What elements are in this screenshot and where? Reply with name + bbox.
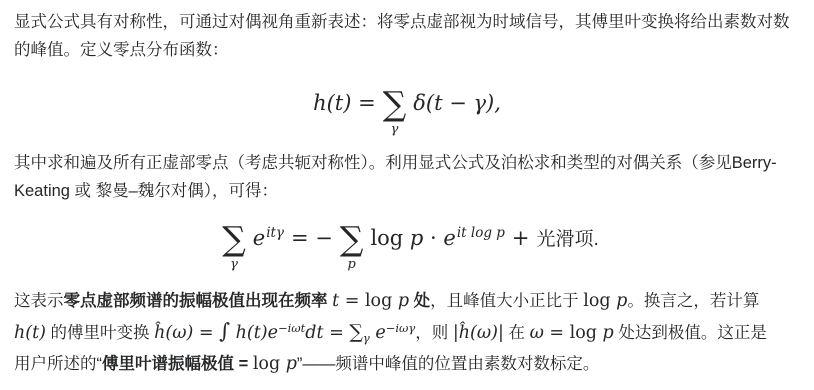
math-dt: dt xyxy=(305,323,323,343)
sum-subscript: γ xyxy=(391,123,399,136)
math-log: log xyxy=(570,323,603,343)
explanation-line2: Keating 或 黎曼–魏尔对偶），可得： xyxy=(14,182,278,200)
math-omega: ω xyxy=(530,323,544,343)
sum-operator: ∑γ xyxy=(383,87,407,136)
math-h-t: h(t) xyxy=(14,323,46,343)
sigma-icon: ∑ xyxy=(340,222,364,255)
sum-subscript: γ xyxy=(363,331,370,345)
paragraph-explanation: 其中求和遍及所有正虚部零点（考虑共轭对称性）。利用显式公式及泊松求和类型的对偶关… xyxy=(14,149,800,205)
math-relation: = − xyxy=(291,226,333,250)
sigma-icon: ∑ xyxy=(383,87,407,120)
sum-subscript: p xyxy=(347,258,355,271)
sum-operator-p: ∑p xyxy=(340,222,364,271)
intro-line1: 显式公式具有对称性，可通过对偶视角重新表述：将零点虚部视为时域信号，其傅里叶变换… xyxy=(14,13,790,31)
math-integrand: h(t)e xyxy=(230,323,278,343)
math-p: p xyxy=(286,354,297,374)
intro-line2: 的峰值。定义零点分布函数： xyxy=(14,41,229,59)
conclusion-text: 。换言之，若计算 xyxy=(627,292,759,310)
sum-operator-gamma: ∑γ xyxy=(222,222,246,271)
conclusion-bold: 零点虚部频谱的振幅极值出现在频率 xyxy=(64,292,333,310)
display-formula-duality: ∑γ eitγ = − ∑p log p · eit log p + 光滑项. xyxy=(14,217,800,266)
math-plus: + xyxy=(512,226,530,250)
math-p: p xyxy=(603,323,614,343)
math-exponent: −iωγ xyxy=(386,321,416,335)
math-e: e xyxy=(443,226,455,250)
document-body: 显式公式具有对称性，可通过对偶视角重新表述：将零点虚部视为时域信号，其傅里叶变换… xyxy=(14,8,800,379)
math-lhs: h(t) = xyxy=(313,91,376,115)
math-log: log xyxy=(370,226,409,250)
math-equals: = xyxy=(544,323,570,343)
math-p: p xyxy=(398,291,409,311)
math-log: log xyxy=(365,291,398,311)
math-exp-term: eitγ xyxy=(253,226,284,251)
math-rhs: δ(t − γ), xyxy=(413,91,501,115)
math-log: log xyxy=(253,354,286,374)
math-exponent: it log p xyxy=(457,225,505,241)
math-exponent: itγ xyxy=(266,225,284,241)
math-log: log xyxy=(583,291,616,311)
math-logp-term: log p · eit log p xyxy=(370,226,504,251)
math-e: e xyxy=(253,226,265,250)
paragraph-intro: 显式公式具有对称性，可通过对偶视角重新表述：将零点虚部视为时域信号，其傅里叶变换… xyxy=(14,8,800,64)
conclusion-text: ”——频谱中峰值的位置由素数对数标定。 xyxy=(297,355,600,373)
conclusion-text: 这表示 xyxy=(14,292,64,310)
conclusion-text: 的傅里叶变换 xyxy=(46,324,154,342)
paragraph-conclusion: 这表示零点虚部频谱的振幅极值出现在频率 t = log p 处，且峰值大小正比于… xyxy=(14,286,800,379)
sigma-icon: ∑ xyxy=(349,321,363,343)
sum-subscript: γ xyxy=(230,258,238,271)
conclusion-text: 用户所述的“ xyxy=(14,355,102,373)
conclusion-text: ，则 xyxy=(415,324,453,342)
math-equals: = xyxy=(324,323,350,343)
math-equals: = xyxy=(193,323,219,343)
conclusion-bold: 处 xyxy=(409,292,430,310)
math-p: p xyxy=(410,226,423,250)
display-formula-zero-distribution: h(t) = ∑γ δ(t − γ), xyxy=(14,82,800,131)
integral-icon: ∫ xyxy=(219,319,230,343)
conclusion-text: ，且峰值大小正比于 xyxy=(430,292,583,310)
smooth-term-label: 光滑项. xyxy=(537,224,599,251)
math-h-hat: ĥ(ω) xyxy=(154,323,193,343)
conclusion-text: 处达到极值。这正是 xyxy=(614,324,767,342)
sigma-icon: ∑ xyxy=(222,222,246,255)
math-p: p xyxy=(616,291,627,311)
conclusion-bold: 傅里叶谱振幅极值 = xyxy=(102,355,253,373)
math-exponent: −iωt xyxy=(278,321,305,335)
math-equals: = xyxy=(339,291,365,311)
conclusion-text: 在 xyxy=(504,324,530,342)
math-e: e xyxy=(370,323,386,343)
explanation-line1: 其中求和遍及所有正虚部零点（考虑共轭对称性）。利用显式公式及泊松求和类型的对偶关… xyxy=(14,154,777,172)
math-abs-h-hat: |ĥ(ω)| xyxy=(453,323,504,343)
math-cdot: · xyxy=(423,226,443,250)
